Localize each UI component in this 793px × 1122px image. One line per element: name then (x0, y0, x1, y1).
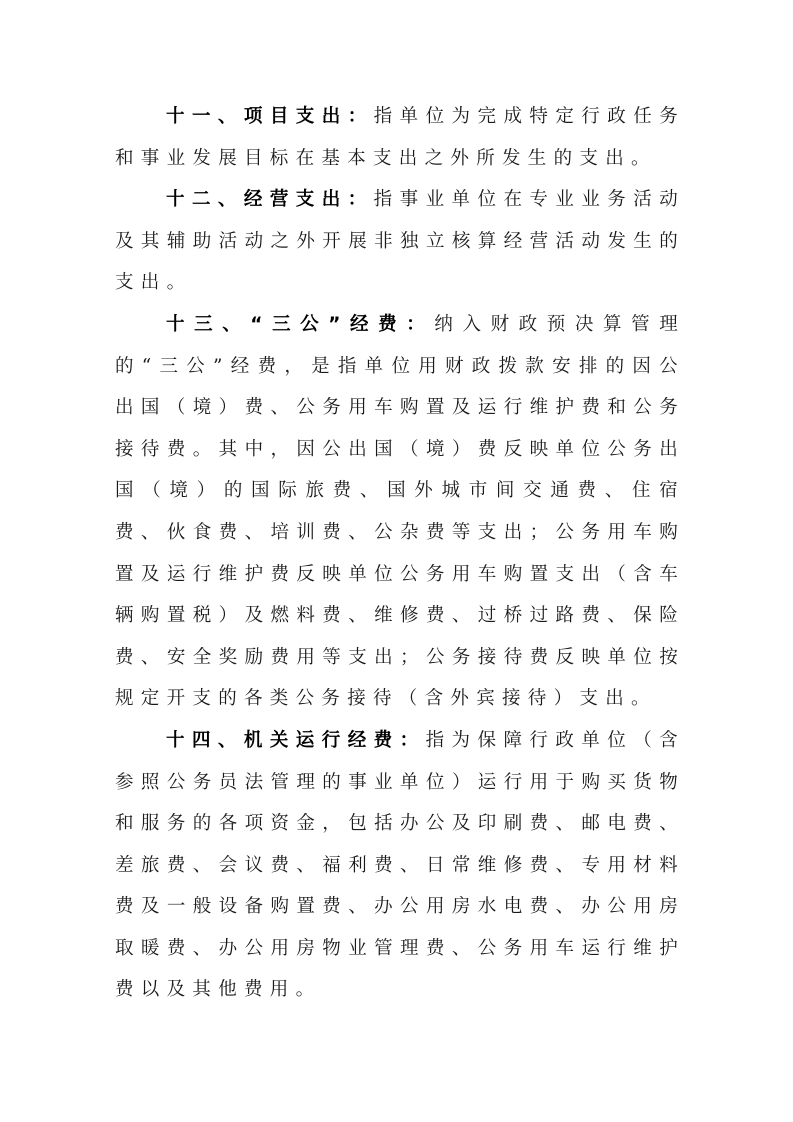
term-agency-operating-funds: 十四、机关运行经费： (166, 730, 426, 751)
paragraph-three-public-expenses: 十三、“三公”经费：纳入财政预决算管理的“三公”经费，是指单位用财政拨款安排的因… (115, 304, 685, 720)
document-page: 十一、项目支出：指单位为完成特定行政任务和事业发展目标在基本支出之外所发生的支出… (115, 96, 685, 1011)
definition-three-public-expenses: 纳入财政预决算管理的“三公”经费，是指单位用财政拨款安排的因公出国（境）费、公务… (115, 314, 685, 709)
paragraph-agency-operating-funds: 十四、机关运行经费：指为保障行政单位（含参照公务员法管理的事业单位）运行用于购买… (115, 720, 685, 1011)
term-three-public-expenses: 十三、“三公”经费： (166, 314, 434, 335)
paragraph-project-expenditure: 十一、项目支出：指单位为完成特定行政任务和事业发展目标在基本支出之外所发生的支出… (115, 96, 685, 179)
term-project-expenditure: 十一、项目支出： (166, 106, 374, 127)
term-operating-expenditure: 十二、经营支出： (166, 189, 374, 210)
definition-agency-operating-funds: 指为保障行政单位（含参照公务员法管理的事业单位）运行用于购买货物和服务的各项资金… (115, 730, 685, 1001)
paragraph-operating-expenditure: 十二、经营支出：指事业单位在专业业务活动及其辅助活动之外开展非独立核算经营活动发… (115, 179, 685, 304)
